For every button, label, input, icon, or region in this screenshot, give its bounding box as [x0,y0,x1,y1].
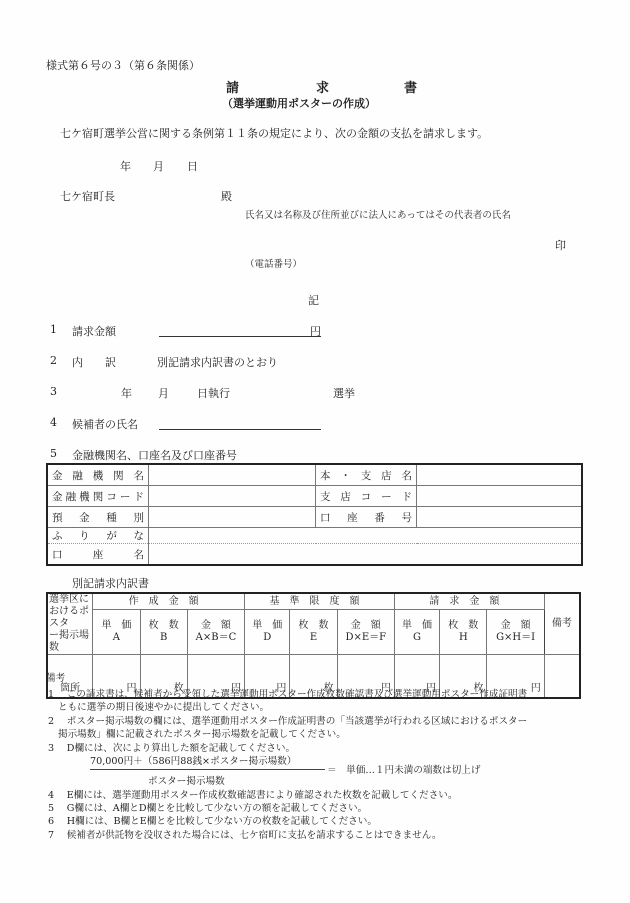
item-2-value: 別記請求内訳書のとおり [157,354,278,370]
note-7: 7 候補者が供託物を没収された場合には、七ケ宿町に支払を請求することはできません… [48,827,441,841]
poster-sites-header-line1: 選挙区に [49,594,89,605]
col-h-header: 枚 数H [440,610,487,655]
breakdown-table: 選挙区に おけるポスタ ー掲示場数 作成金額 基準限度額 請求金額 備考 単 価… [46,592,581,699]
item-1-label: 請求金額 [72,323,116,339]
item-5-label: 金融機関名、口座名及び口座番号 [72,447,237,463]
group-standard-limit: 基準限度額 [245,593,395,610]
note-3: 3 D欄には、次により算出した額を記載してください。 [48,740,295,754]
col-f-code: D×E＝F [345,632,386,643]
date-month: 月 [153,158,164,174]
notes-heading: 備考 [46,670,65,684]
col-e-header: 枚 数E [290,610,337,655]
bank-name-field[interactable] [149,464,316,486]
item-3-year: 年 [121,385,132,401]
bank-code-label: 金融機関コード [47,486,149,507]
account-number-label: 口座番号 [316,507,417,528]
title-char-3: 書 [404,77,417,96]
item-3-election: 選挙 [333,385,355,401]
bank-code-field[interactable] [149,486,316,507]
col-f-label: 金 額 [351,620,381,631]
col-b-header: 枚 数B [140,610,187,655]
date-year: 年 [120,158,131,174]
item-2-label: 内 訳 [72,354,116,370]
branch-name-label: 本・支店名 [316,464,417,486]
poster-sites-header-line2: おけるポスタ [49,606,89,629]
account-name-label: 口座名 [47,544,149,566]
col-b-label: 枚 数 [149,620,179,631]
phone-label: （電話番号） [245,256,302,270]
formula-numerator: 70,000円＋（586円88銭×ポスター掲示場数） [90,753,296,767]
ki-heading: 記 [308,292,319,308]
col-c-code: A×B＝C [196,632,237,643]
item-2-num: 2 [50,354,57,367]
note-2-line2: 掲示場数」欄に記載されたポスター掲示場数を記載してください。 [58,726,346,740]
note-5: 5 G欄には、A欄とD欄とを比較して少ない方の額を記載してください。 [48,800,367,814]
amount-underline[interactable] [159,336,321,337]
account-name-field[interactable] [149,544,583,566]
item-4-num: 4 [50,416,57,429]
col-g-label: 単 価 [402,620,432,631]
item-3-month: 月 [158,385,169,401]
formula-result: ＝ 単価…１円未満の端数は切上げ [327,762,481,776]
note-4: 4 E欄には、選挙運動用ポスター作成枚数確認書により確認された枚数を記載してくだ… [48,787,458,801]
formula-fraction-bar [90,769,325,770]
note-1-line1: 1 この請求書は、候補者から受領した選挙運動用ポスター作成枚数確認書及び選挙運動… [48,686,527,700]
title-char-1: 請 [226,77,239,96]
col-c-header: 金 額A×B＝C [187,610,244,655]
item-1-yen: 円 [310,323,321,339]
account-number-field[interactable] [417,507,583,528]
branch-name-field[interactable] [417,464,583,486]
item-3-num: 3 [50,385,57,398]
group-claim-amount: 請求金額 [394,593,544,610]
poster-sites-header: 選挙区に おけるポスタ ー掲示場数 [47,593,93,655]
col-d-code: D [263,632,271,643]
note-1-line2: ともに選挙の期日後速やかに提出してください。 [58,699,269,713]
note-2-line1: 2 ポスター掲示場数の欄には、選挙運動用ポスター作成証明書の「当該選挙が行われる… [48,713,527,727]
breakdown-title: 別記請求内訳書 [72,575,149,591]
bank-account-table: 金融機関名 本・支店名 金融機関コード 支店コード 預金種別 口座番号 ふりがな… [46,463,583,566]
cell-remarks[interactable] [544,655,580,699]
addressee-honorific: 殿 [221,188,232,204]
intro-text: 七ケ宿町選挙公営に関する条例第１１条の規定により、次の金額の支払を請求します。 [60,125,488,141]
poster-sites-header-line3: ー掲示場数 [49,630,89,653]
item-4-label: 候補者の氏名 [72,416,138,432]
formula-denominator: ポスター掲示場数 [148,773,225,787]
branch-code-field[interactable] [417,486,583,507]
addressee-name: 七ケ宿町長 [60,188,115,204]
candidate-name-underline[interactable] [159,429,321,430]
form-number: 様式第６号の３（第６条関係） [46,57,200,73]
col-d-header: 単 価D [245,610,290,655]
col-f-header: 金 額D×E＝F [337,610,394,655]
col-e-code: E [310,632,317,643]
deposit-type-field[interactable] [149,507,316,528]
col-a-label: 単 価 [101,620,131,631]
col-i-header: 金 額G×H＝I [487,610,544,655]
furigana-label: ふりがな [47,528,149,544]
seal-mark: 印 [555,237,566,253]
bank-name-label: 金融機関名 [47,464,149,486]
col-i-code: G×H＝I [496,632,535,643]
col-e-label: 枚 数 [298,620,328,631]
note-6: 6 H欄には、B欄とE欄とを比較して少ない方の枚数を記載してください。 [48,813,377,827]
subtitle: （選挙運動用ポスターの作成） [222,95,376,111]
col-d-label: 単 価 [252,620,282,631]
item-1-num: 1 [50,323,57,336]
group-production-amount: 作成金額 [93,593,245,610]
branch-code-label: 支店コード [316,486,417,507]
item-5-num: 5 [50,447,57,460]
date-day: 日 [187,158,198,174]
col-a-header: 単 価A [93,610,140,655]
title-char-2: 求 [316,77,329,96]
col-g-code: G [413,632,421,643]
col-a-code: A [113,632,120,643]
furigana-field[interactable] [149,528,583,544]
col-g-header: 単 価G [394,610,439,655]
col-i-label: 金 額 [501,620,531,631]
col-h-label: 枚 数 [448,620,478,631]
deposit-type-label: 預金種別 [47,507,149,528]
col-h-code: H [459,632,468,643]
remarks-header: 備考 [544,593,580,655]
col-b-code: B [160,632,167,643]
item-3-day: 日執行 [197,385,230,401]
applicant-label: 氏名又は名称及び住所並びに法人にあってはその代表者の氏名 [245,207,511,221]
col-c-label: 金 額 [201,620,231,631]
